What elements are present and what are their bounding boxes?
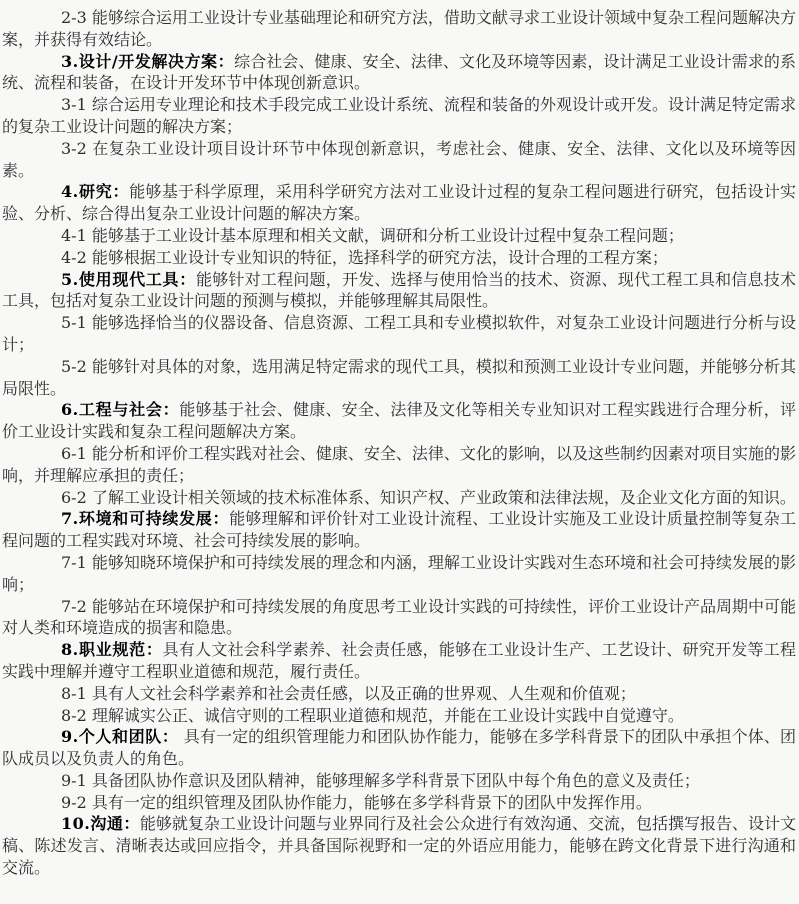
requirement-heading: 7.环境和可持续发展： (61, 509, 229, 528)
requirement-heading: 9.个人和团队： (61, 727, 179, 746)
paragraph: 8-1 具有人文社会科学素养和社会责任感，以及正确的世界观、人生观和价值观； (2, 683, 796, 705)
paragraph: 2-3 能够综合运用工业设计专业基础理论和研究方法，借助文献寻求工业设计领域中复… (2, 7, 796, 51)
paragraph: 9.个人和团队： 具有一定的组织管理能力和团队协作能力，能够在多学科背景下的团队… (2, 726, 796, 770)
paragraph-text: 6-1 能分析和评价工程实践对社会、健康、安全、法律、文化的影响，以及这些制约因… (2, 444, 796, 485)
paragraph-text: 5-2 能够针对具体的对象，选用满足特定需求的现代工具，模拟和预测工业设计专业问… (2, 357, 796, 398)
paragraph: 4.研究：能够基于科学原理，采用科学研究方法对工业设计过程的复杂工程问题进行研究… (2, 181, 796, 225)
paragraph: 6-1 能分析和评价工程实践对社会、健康、安全、法律、文化的影响，以及这些制约因… (2, 443, 796, 487)
scanned-document-page: 2-3 能够综合运用工业设计专业基础理论和研究方法，借助文献寻求工业设计领域中复… (0, 0, 799, 904)
paragraph: 8-2 理解诚实公正、诚信守则的工程职业道德和规范，并能在工业设计实践中自觉遵守… (2, 705, 796, 727)
paragraph: 6.工程与社会：能够基于社会、健康、安全、法律及文化等相关专业知识对工程实践进行… (2, 399, 796, 443)
paragraph: 5.使用现代工具：能够针对工程问题，开发、选择与使用恰当的技术、资源、现代工程工… (2, 269, 796, 313)
paragraph: 6-2 了解工业设计相关领域的技术标准体系、知识产权、产业政策和法律法规，及企业… (2, 487, 796, 509)
requirement-heading: 10.沟通： (61, 814, 140, 833)
requirement-heading: 4.研究： (61, 182, 129, 201)
paragraph: 7-1 能够知晓环境保护和可持续发展的理念和内涵，理解工业设计实践对生态环境和社… (2, 552, 796, 596)
paragraph: 3-1 综合运用专业理论和技术手段完成工业设计系统、流程和装备的外观设计或开发。… (2, 94, 796, 138)
paragraph: 3.设计/开发解决方案：综合社会、健康、安全、法律、文化及环境等因素，设计满足工… (2, 51, 796, 95)
paragraph-text: 8-1 具有人文社会科学素养和社会责任感，以及正确的世界观、人生观和价值观； (61, 684, 636, 703)
paragraph: 4-2 能够根据工业设计专业知识的特征，选择科学的研究方法，设计合理的工程方案； (2, 247, 796, 269)
paragraph-text: 5-1 能够选择恰当的仪器设备、信息资源、工程工具和专业模拟软件，对复杂工业设计… (2, 313, 796, 354)
requirement-heading: 5.使用现代工具： (61, 270, 196, 289)
paragraph-text: 7-1 能够知晓环境保护和可持续发展的理念和内涵，理解工业设计实践对生态环境和社… (2, 553, 796, 594)
paragraph: 5-2 能够针对具体的对象，选用满足特定需求的现代工具，模拟和预测工业设计专业问… (2, 356, 796, 400)
paragraph-text: 8-2 理解诚实公正、诚信守则的工程职业道德和规范，并能在工业设计实践中自觉遵守… (61, 706, 684, 725)
paragraph-text: 9-1 具备团队协作意识及团队精神，能够理解多学科背景下团队中每个角色的意义及责… (61, 771, 700, 790)
paragraph-text: 4-2 能够根据工业设计专业知识的特征，选择科学的研究方法，设计合理的工程方案； (61, 248, 668, 267)
paragraph-text: 4-1 能够基于工业设计基本原理和相关文献，调研和分析工业设计过程中复杂工程问题… (61, 226, 684, 245)
paragraph: 3-2 在复杂工业设计项目设计环节中体现创新意识，考虑社会、健康、安全、法律、文… (2, 138, 796, 182)
paragraph: 9-1 具备团队协作意识及团队精神，能够理解多学科背景下团队中每个角色的意义及责… (2, 770, 796, 792)
paragraph: 7.环境和可持续发展：能够理解和评价针对工业设计流程、工业设计实施及工业设计质量… (2, 508, 796, 552)
paragraph-text: 2-3 能够综合运用工业设计专业基础理论和研究方法，借助文献寻求工业设计领域中复… (2, 8, 796, 49)
paragraph: 4-1 能够基于工业设计基本原理和相关文献，调研和分析工业设计过程中复杂工程问题… (2, 225, 796, 247)
paragraph-text: 3-1 综合运用专业理论和技术手段完成工业设计系统、流程和装备的外观设计或开发。… (2, 95, 796, 136)
paragraph: 9-2 具有一定的组织管理及团队协作能力，能够在多学科背景下的团队中发挥作用。 (2, 792, 796, 814)
paragraph-text: 9-2 具有一定的组织管理及团队协作能力，能够在多学科背景下的团队中发挥作用。 (61, 793, 652, 812)
document-body: 2-3 能够综合运用工业设计专业基础理论和研究方法，借助文献寻求工业设计领域中复… (2, 7, 796, 879)
paragraph: 8.职业规范：具有人文社会科学素养、社会责任感，能够在工业设计生产、工艺设计、研… (2, 639, 796, 683)
requirement-heading: 6.工程与社会： (61, 400, 179, 419)
paragraph-text: 3-2 在复杂工业设计项目设计环节中体现创新意识，考虑社会、健康、安全、法律、文… (2, 139, 796, 180)
requirement-heading: 8.职业规范： (61, 640, 163, 659)
paragraph: 10.沟通：能够就复杂工业设计问题与业界同行及社会公众进行有效沟通、交流，包括撰… (2, 813, 796, 878)
requirement-heading: 3.设计/开发解决方案： (61, 52, 234, 71)
paragraph-text: 7-2 能够站在环境保护和可持续发展的角度思考工业设计实践的可持续性，评价工业设… (2, 597, 796, 638)
paragraph: 5-1 能够选择恰当的仪器设备、信息资源、工程工具和专业模拟软件，对复杂工业设计… (2, 312, 796, 356)
paragraph-text: 6-2 了解工业设计相关领域的技术标准体系、知识产权、产业政策和法律法规，及企业… (61, 488, 796, 507)
paragraph: 7-2 能够站在环境保护和可持续发展的角度思考工业设计实践的可持续性，评价工业设… (2, 596, 796, 640)
